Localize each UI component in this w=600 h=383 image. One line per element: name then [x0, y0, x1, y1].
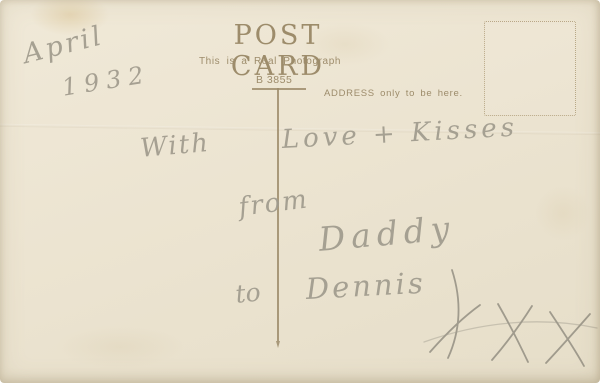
handwritten-from: from: [237, 184, 310, 222]
handwritten-dennis: Dennis: [305, 266, 427, 306]
handwritten-daddy: Daddy: [317, 208, 457, 259]
handwritten-love-kisses: Love + Kisses: [281, 113, 519, 155]
handwritten-date-year: 1932: [60, 60, 152, 102]
postcard-title: POST CARD: [178, 20, 378, 82]
address-note: ADDRESS only to be here.: [324, 88, 463, 99]
handwritten-with: With: [139, 128, 211, 164]
stamp-box: [484, 21, 576, 116]
handwritten-date-month: April: [20, 20, 107, 70]
series-code: B 3855: [256, 74, 292, 86]
paper-stain: [535, 185, 591, 241]
paper-stain: [55, 325, 185, 369]
divider-crossbar: [252, 88, 306, 90]
postcard-subtitle: This is a Real Photograph: [170, 56, 370, 67]
postcard-back: POST CARD This is a Real Photograph B 38…: [0, 0, 600, 383]
handwritten-to: to: [234, 277, 262, 308]
